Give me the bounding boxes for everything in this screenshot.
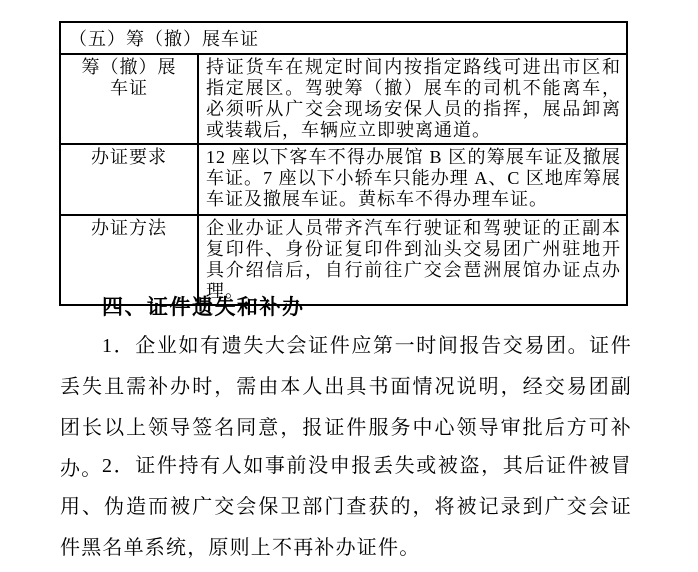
table-title-row: （五）筹（撤）展车证 (60, 22, 627, 54)
document-page: （五）筹（撤）展车证 筹（撤）展 车证 持证货车在规定时间内按指定路线可进出市区… (0, 0, 698, 572)
table-title: （五）筹（撤）展车证 (60, 22, 627, 54)
row-label-line: 办证方法 (63, 218, 195, 239)
row-content: 12 座以下客车不得办展馆 B 区的筹展车证及撤展车证。7 座以下小轿车只能办理… (198, 144, 627, 215)
row-label-line: 筹（撤）展 (63, 57, 195, 78)
row-label-line: 办证要求 (63, 147, 195, 168)
row-label: 办证要求 (60, 144, 198, 215)
row-content: 持证货车在规定时间内按指定路线可进出市区和指定展区。驾驶筹（撤）展车的司机不能离… (198, 54, 627, 144)
section-heading: 四、证件遗失和补办 (60, 294, 632, 320)
row-content: 企业办证人员带齐汽车行驶证和驾驶证的正副本复印件、身份证复印件到汕头交易团广州驻… (198, 215, 627, 305)
row-label: 办证方法 (60, 215, 198, 305)
table-row: 筹（撤）展 车证 持证货车在规定时间内按指定路线可进出市区和指定展区。驾驶筹（撤… (60, 54, 627, 144)
paragraph-2: 2．证件持有人如事前没申报丢失或被盗，其后证件被冒用、伪造而被广交会保卫部门查获… (60, 446, 632, 569)
row-label-line: 车证 (63, 78, 195, 99)
table-row: 办证方法 企业办证人员带齐汽车行驶证和驾驶证的正副本复印件、身份证复印件到汕头交… (60, 215, 627, 305)
row-label: 筹（撤）展 车证 (60, 54, 198, 144)
vehicle-pass-table: （五）筹（撤）展车证 筹（撤）展 车证 持证货车在规定时间内按指定路线可进出市区… (59, 21, 628, 306)
table-row: 办证要求 12 座以下客车不得办展馆 B 区的筹展车证及撤展车证。7 座以下小轿… (60, 144, 627, 215)
